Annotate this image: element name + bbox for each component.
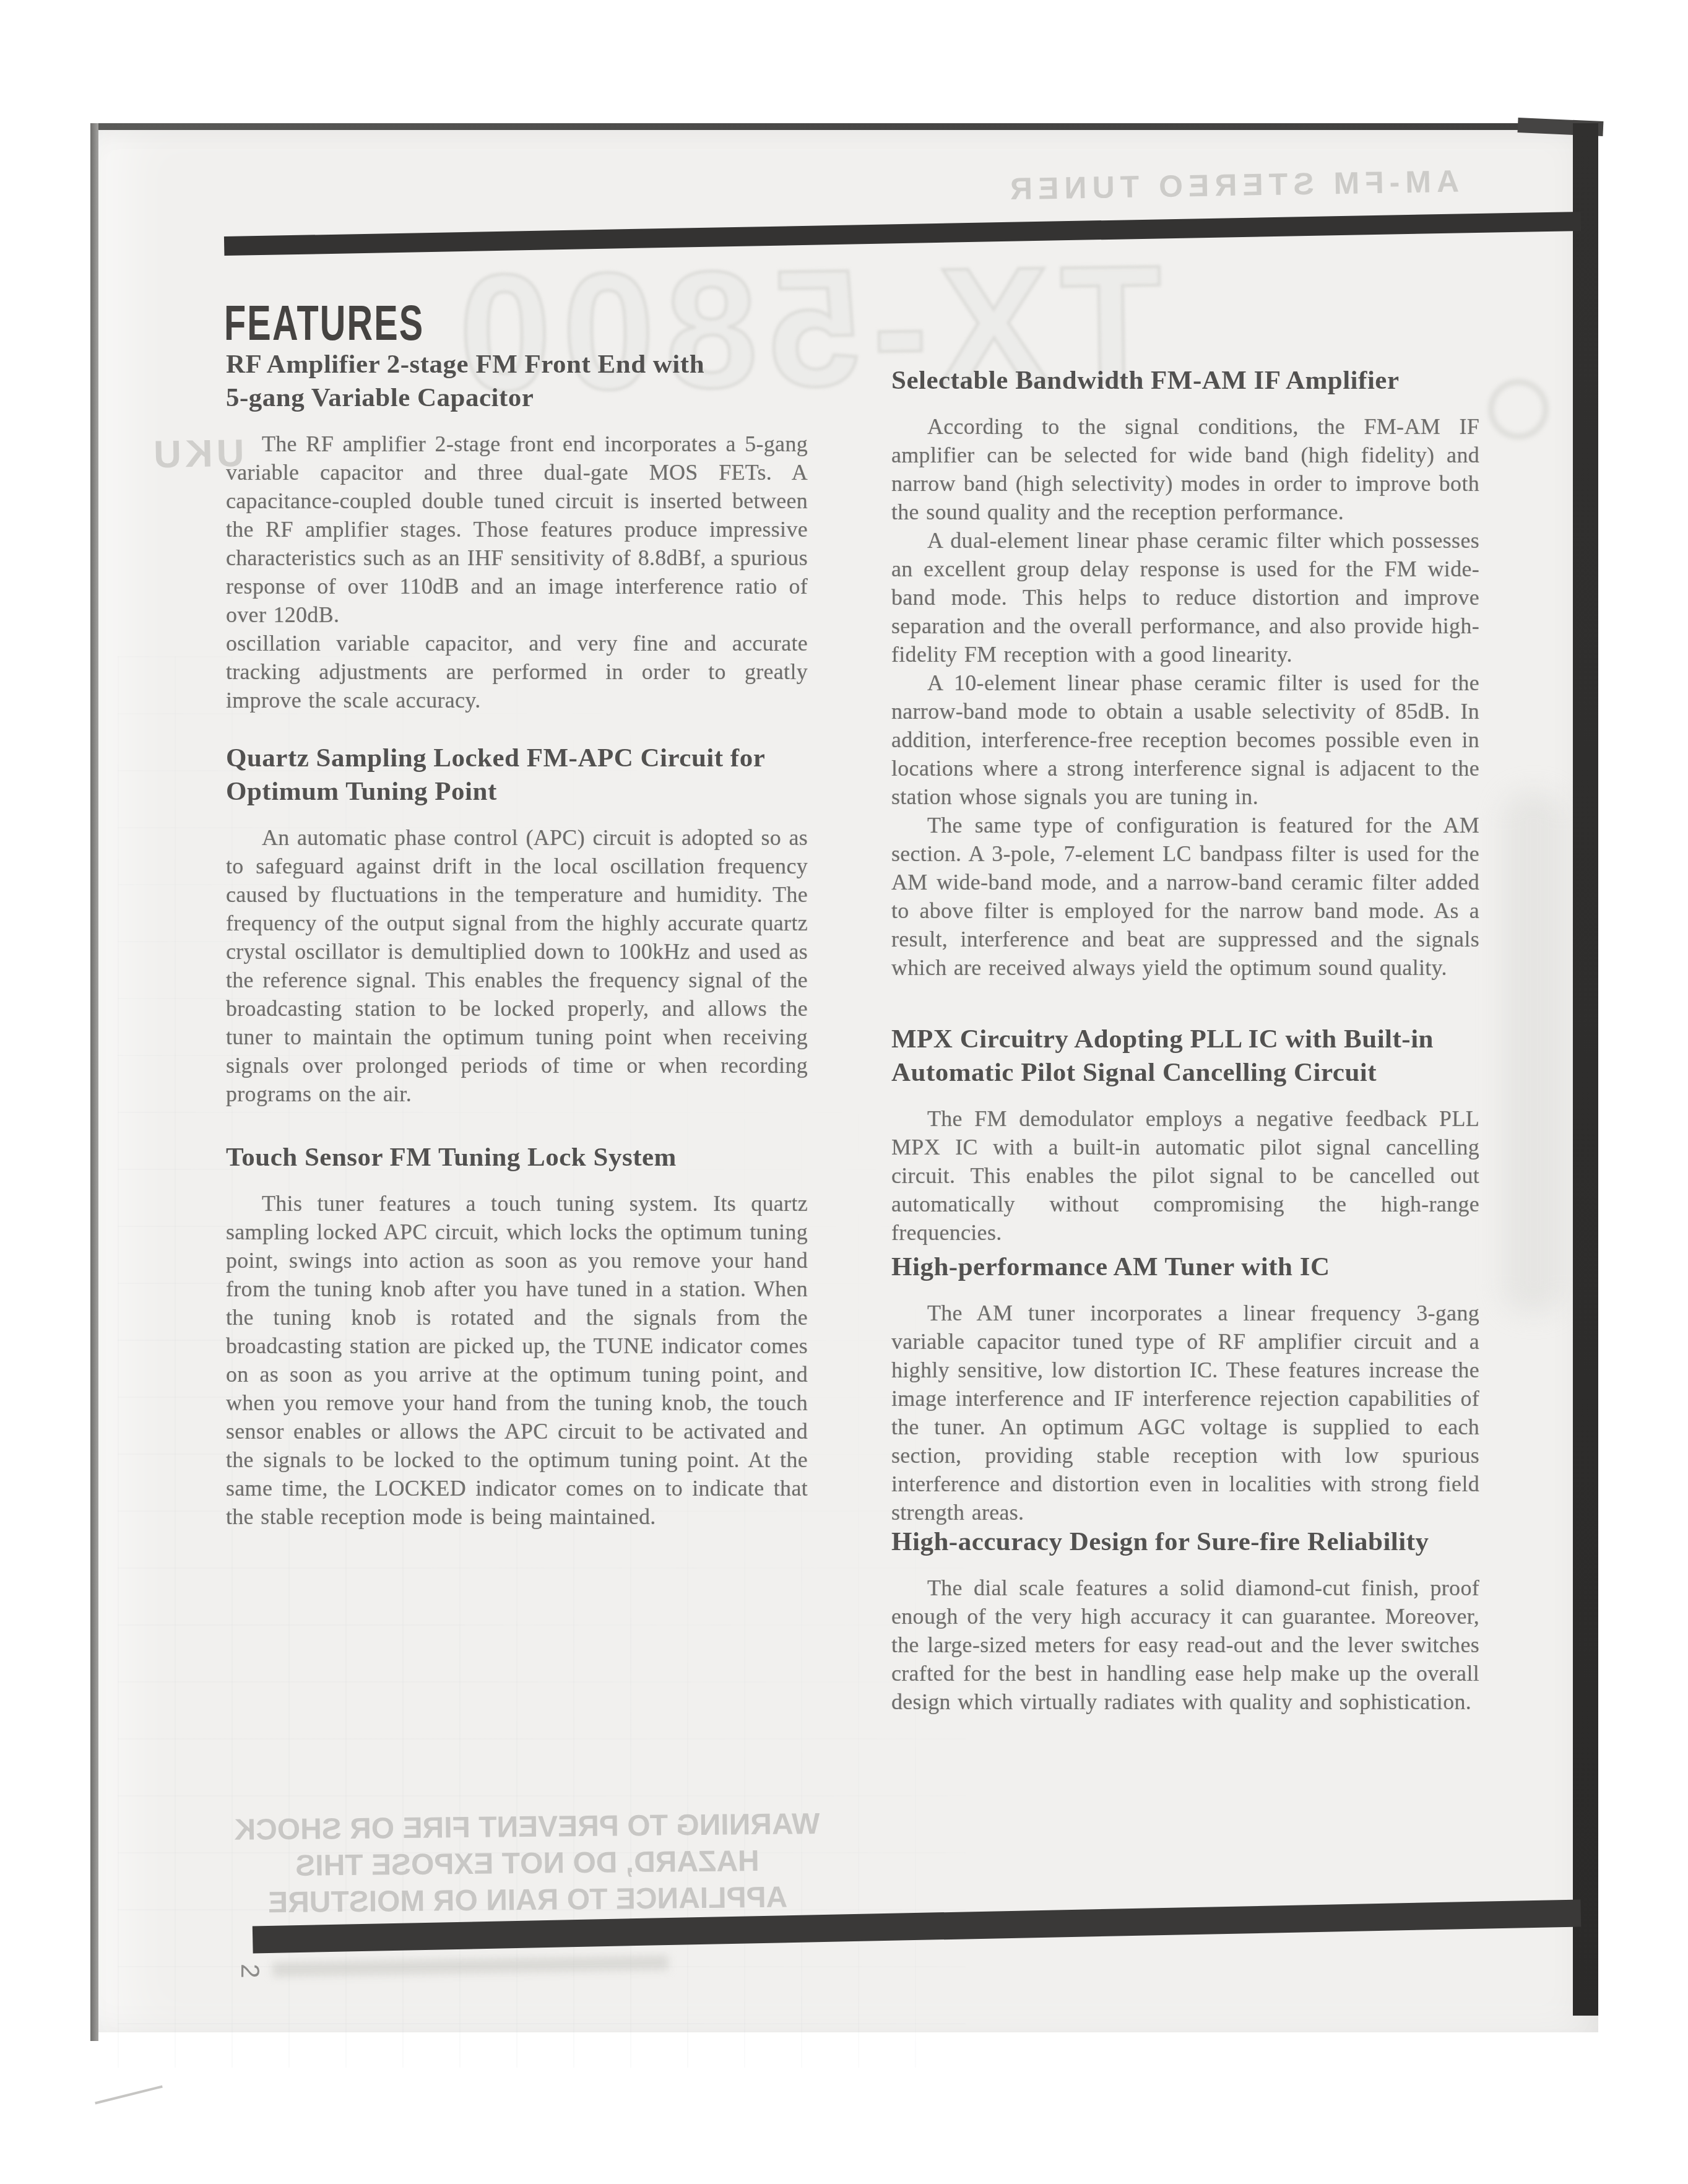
scan-edge-band xyxy=(1573,123,1598,2016)
body-paragraph: This tuner features a touch tuning syste… xyxy=(226,1189,808,1531)
feature-section: MPX Circuitry Adopting PLL IC with Built… xyxy=(891,1023,1479,1247)
scanned-manual-page: AM-FM STEREO TUNER TX-5800 UKU WARNING T… xyxy=(0,0,1688,2184)
section-heading: Quartz Sampling Locked FM-APC Circuit fo… xyxy=(226,742,808,808)
section-heading: MPX Circuitry Adopting PLL IC with Built… xyxy=(891,1023,1479,1090)
body-paragraph: An automatic phase control (APC) circuit… xyxy=(226,823,808,1108)
body-paragraph: A 10-element linear phase ceramic filter… xyxy=(891,669,1479,811)
body-paragraph: A dual-element linear phase ceramic filt… xyxy=(891,526,1479,669)
body-paragraph: oscillation variable capacitor, and very… xyxy=(226,629,808,714)
feature-section: High-performance AM Tuner with IC The AM… xyxy=(891,1250,1479,1527)
ghost-warning-line: APPLIANCE TO RAIN OR MOISTURE xyxy=(230,1879,825,1922)
page-top-edge xyxy=(90,123,1598,130)
section-heading: RF Amplifier 2-stage FM Front End with 5… xyxy=(226,348,808,415)
section-heading: Selectable Bandwidth FM-AM IF Amplifier xyxy=(891,364,1479,397)
feature-section: Selectable Bandwidth FM-AM IF Amplifier … xyxy=(891,364,1479,982)
page-title: FEATURES xyxy=(224,298,424,348)
ghost-warning-line: HAZARD, DO NOT EXPOSE THIS xyxy=(230,1842,825,1885)
section-heading: High-accuracy Design for Sure-fire Relia… xyxy=(891,1525,1479,1559)
feature-section: Quartz Sampling Locked FM-APC Circuit fo… xyxy=(226,742,808,1108)
section-heading: High-performance AM Tuner with IC xyxy=(891,1250,1479,1284)
body-paragraph: The AM tuner incorporates a linear frequ… xyxy=(891,1299,1479,1527)
feature-section: RF Amplifier 2-stage FM Front End with 5… xyxy=(226,348,808,714)
body-paragraph: According to the signal conditions, the … xyxy=(891,412,1479,526)
feature-section: Touch Sensor FM Tuning Lock System This … xyxy=(226,1141,808,1531)
bottom-corner-tick xyxy=(95,2086,163,2105)
feature-section: High-accuracy Design for Sure-fire Relia… xyxy=(891,1525,1479,1716)
ghost-warning-text: WARNING TO PREVENT FIRE OR SHOCK HAZARD,… xyxy=(230,1806,825,1922)
section-heading: Touch Sensor FM Tuning Lock System xyxy=(226,1141,808,1174)
page-number: 2 xyxy=(235,1964,265,1978)
body-paragraph: The FM demodulator employs a negative fe… xyxy=(891,1104,1479,1247)
ghost-warning-line: WARNING TO PREVENT FIRE OR SHOCK xyxy=(230,1806,825,1848)
ghost-margin-smudge xyxy=(1503,792,1565,1312)
ghost-ring-mark xyxy=(1488,379,1549,440)
body-paragraph: The RF amplifier 2-stage front end incor… xyxy=(226,430,808,629)
page-left-edge xyxy=(90,123,98,2041)
body-paragraph: The same type of configuration is featur… xyxy=(891,811,1479,982)
body-paragraph: The dial scale features a solid diamond-… xyxy=(891,1574,1479,1716)
